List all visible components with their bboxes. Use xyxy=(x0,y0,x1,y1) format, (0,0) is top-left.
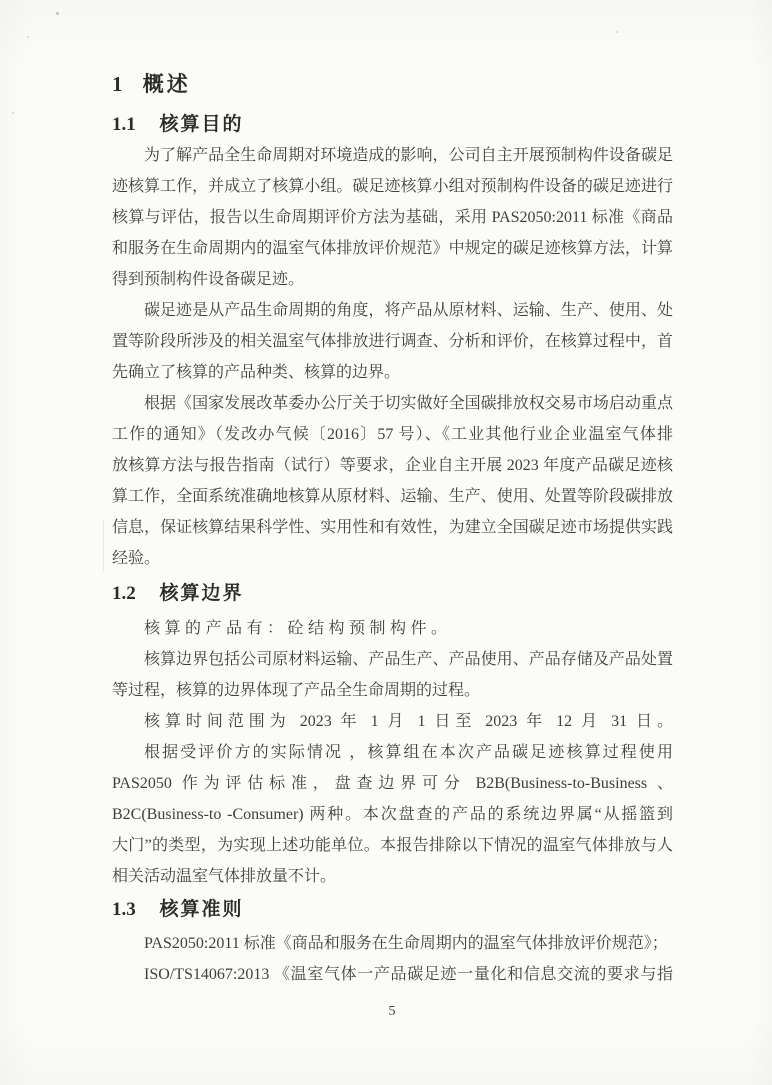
section-body-1-2: 核算的产品有：砼结构预制构件。 核算边界包括公司原材料运输、产品生产、产品使用、… xyxy=(112,613,673,892)
section-heading-1-2: 1.2 核算边界 xyxy=(112,580,673,607)
text-line: 得到预制构件设备碳足迹。 xyxy=(112,264,673,295)
scan-artifact xyxy=(56,12,59,15)
section-title: 核算边界 xyxy=(160,583,244,604)
scan-artifact xyxy=(616,31,618,33)
text-line: PAS2050 作为评估标准，盘查边界可分 B2B(Business-to-Bu… xyxy=(112,768,673,799)
text-line: 经验。 xyxy=(112,543,673,574)
text-line: 核算时间范围为 2023 年 1 月 1 日至 2023 年 12 月 31 日… xyxy=(112,706,673,737)
text-line: 根据《国家发展改革委办公厅关于切实做好全国碳排放权交易市场启动重点 xyxy=(112,388,673,419)
text-line: 为了解产品全生命周期对环境造成的影响，公司自主开展预制构件设备碳足 xyxy=(112,140,673,171)
text-line: 核算边界包括公司原材料运输、产品生产、产品使用、产品存储及产品处置 xyxy=(112,644,673,675)
text-line: 根据受评价方的实际情况 ，核算组在本次产品碳足迹核算过程使用 xyxy=(112,737,673,768)
scan-artifact xyxy=(27,36,29,38)
text-line: 和服务在生命周期内的温室气体排放评价规范》中规定的碳足迹核算方法，计算 xyxy=(112,233,673,264)
text-line: 碳足迹是从产品生命周期的角度，将产品从原材料、运输、生产、使用、处 xyxy=(112,295,673,326)
page-content: 1 概述 1.1 核算目的 为了解产品全生命周期对环境造成的影响，公司自主开展预… xyxy=(0,0,772,990)
text-line: 置等阶段所涉及的相关温室气体排放进行调查、分析和评价，在核算过程中，首 xyxy=(112,326,673,357)
text-line: 等过程，核算的边界体现了产品全生命周期的过程。 xyxy=(112,675,673,706)
text-line: PAS2050:2011 标准《商品和服务在生命周期内的温室气体排放评价规范》； xyxy=(112,928,673,959)
text-line: 迹核算工作，并成立了核算小组。碳足迹核算小组对预制构件设备的碳足迹进行 xyxy=(112,171,673,202)
document-page: 1 概述 1.1 核算目的 为了解产品全生命周期对环境造成的影响，公司自主开展预… xyxy=(0,0,772,1085)
text-line: 算工作，全面系统准确地核算从原材料、运输、生产、使用、处置等阶段碳排放 xyxy=(112,481,673,512)
chapter-heading: 1 概述 xyxy=(112,71,673,98)
page-number: 5 xyxy=(0,1003,772,1021)
section-title: 核算准则 xyxy=(160,899,244,920)
scan-artifact xyxy=(103,520,104,572)
chapter-number: 1 xyxy=(112,72,123,96)
scan-artifact xyxy=(12,112,14,114)
section-number: 1.1 xyxy=(112,114,136,135)
text-line: 工作的通知》（发改办气候〔2016〕57 号）、《工业其他行业企业温室气体排 xyxy=(112,419,673,450)
text-line: 核算与评估，报告以生命周期评价方法为基础，采用 PAS2050:2011 标准《… xyxy=(112,202,673,233)
section-body-1-3: PAS2050:2011 标准《商品和服务在生命周期内的温室气体排放评价规范》；… xyxy=(112,928,673,990)
text-line: 信息，保证核算结果科学性、实用性和有效性，为建立全国碳足迹市场提供实践 xyxy=(112,512,673,543)
text-line: 核算的产品有：砼结构预制构件。 xyxy=(112,613,673,644)
section-title: 核算目的 xyxy=(160,114,244,135)
text-line: 相关活动温室气体排放量不计。 xyxy=(112,861,673,892)
chapter-title: 概述 xyxy=(143,72,191,96)
text-line: ISO/TS14067:2013 《温室气体一产品碳足迹一量化和信息交流的要求与… xyxy=(112,959,673,990)
text-line: 大门”的类型，为实现上述功能单位。本报告排除以下情况的温室气体排放与人 xyxy=(112,830,673,861)
text-line: 放核算方法与报告指南（试行）等要求，企业自主开展 2023 年度产品碳足迹核 xyxy=(112,450,673,481)
section-body-1-1: 为了解产品全生命周期对环境造成的影响，公司自主开展预制构件设备碳足 迹核算工作，… xyxy=(112,140,673,574)
text-line: B2C(Business-to -Consumer) 两种。本次盘查的产品的系统… xyxy=(112,799,673,830)
section-heading-1-3: 1.3 核算准则 xyxy=(112,896,673,923)
section-number: 1.2 xyxy=(112,583,136,604)
section-heading-1-1: 1.1 核算目的 xyxy=(112,111,673,138)
text-line: 先确立了核算的产品种类、核算的边界。 xyxy=(112,357,673,388)
section-number: 1.3 xyxy=(112,899,136,920)
